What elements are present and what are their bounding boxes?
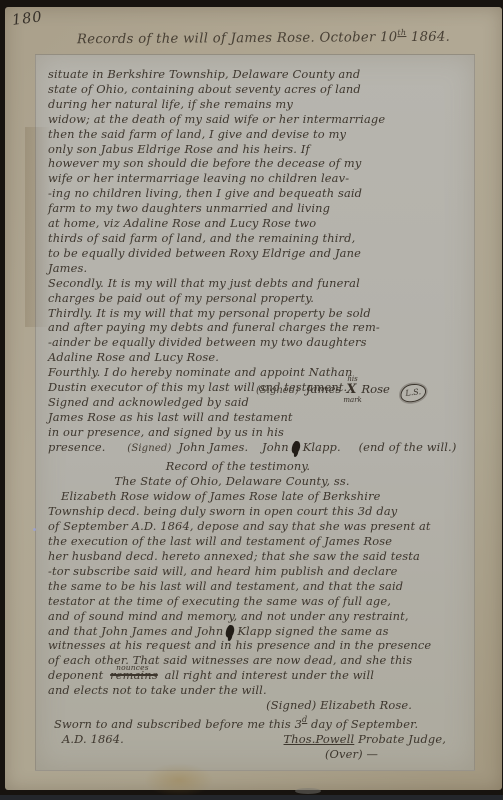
record-book-paper: 180 Records of the will of James Rose. O… — [5, 7, 502, 790]
ink-blot-mark — [291, 440, 301, 454]
handwritten-line: farm to my two daughters unmarried and l… — [48, 201, 464, 216]
handwritten-line: state of Ohio, containing about seventy … — [48, 82, 464, 97]
handwritten-line: Fourthly. I do hereby nominate and appoi… — [48, 365, 464, 380]
scanned-page: 180 Records of the will of James Rose. O… — [0, 0, 503, 800]
title-text: Records of the will of James Rose. Octob… — [77, 30, 398, 47]
judge-signature: Thos.Powell Probate Judge, — [284, 732, 446, 747]
mark-line-pre: and that John James and John — [48, 624, 223, 638]
attestation-block: (Signed)JameshisXmarkRoseL.S. Signed and… — [48, 395, 464, 457]
judge-row: A.D. 1864. Thos.Powell Probate Judge, — [48, 732, 464, 747]
handwritten-line: at home, viz Adaline Rose and Lucy Rose … — [48, 216, 464, 231]
handwritten-line: and of sound mind and memory, and not un… — [48, 609, 464, 624]
handwritten-line: -ainder be equally divided between my tw… — [48, 335, 464, 350]
scan-edge — [0, 795, 503, 800]
state-caption-line: The State of Ohio, Delaware County, ss. — [48, 474, 416, 489]
witness-two-first: John — [262, 440, 289, 454]
blue-speck — [33, 528, 36, 531]
his-label: his — [347, 375, 357, 383]
handwritten-line: the execution of the last will and testa… — [48, 534, 464, 549]
testator-first-name: James — [306, 382, 341, 396]
handwritten-line: James. — [48, 261, 464, 276]
judge-name: Thos.Powell — [284, 732, 355, 746]
attestation-line: James Rose as his last will and testamen… — [48, 410, 464, 425]
handwritten-line: however my son should die before the dec… — [48, 156, 464, 171]
handwritten-line: -tor subscribe said will, and heard him … — [48, 564, 464, 579]
over-note: (Over) — — [48, 747, 464, 762]
sworn-post: day of September. — [307, 717, 418, 731]
handwritten-line: and after paying my debts and funeral ch… — [48, 320, 464, 335]
handwritten-line: to be equally divided between Roxy Eldri… — [48, 246, 464, 261]
sworn-line: Sworn to and subscribed before me this 3… — [48, 713, 464, 732]
handwritten-line: thirds of said farm of land, and the rem… — [48, 231, 464, 246]
testator-last-name: Rose — [361, 382, 390, 396]
handwritten-line: Thirdly. It is my will that my personal … — [48, 306, 464, 321]
signed-label: (Signed) — [256, 385, 299, 396]
signed-label: (Signed) — [127, 443, 171, 454]
handwritten-line: her husband decd. hereto annexed; that s… — [48, 549, 464, 564]
correction-pre: deponent — [48, 668, 103, 682]
interlined-correction: nounces — [116, 661, 149, 676]
handwritten-line: witnesses at his request and in his pres… — [48, 638, 464, 653]
title-year: 1864. — [406, 30, 450, 45]
handwritten-line: Secondly. It is my will that my just deb… — [48, 276, 464, 291]
handwritten-line: during her natural life, if she remains … — [48, 97, 464, 112]
x-mark: X — [346, 382, 356, 397]
end-of-will-note: (end of the will.) — [359, 440, 457, 454]
witness-signature-line: presence. (Signed)John James. JohnKlapp.… — [48, 440, 464, 457]
struck-word: remainsnounces — [110, 668, 158, 682]
elizabeth-signature-line: (Signed) Elizabeth Rose. — [48, 698, 464, 713]
sworn-pre: Sworn to and subscribed before me this 3 — [54, 717, 302, 731]
handwritten-line: wife or her intermarriage leaving no chi… — [48, 171, 464, 186]
handwritten-line: testator at the time of executing the sa… — [48, 594, 464, 609]
mark-line-post: Klapp signed the same as — [237, 624, 388, 638]
attestation-line: in our presence, and signed by us in his — [48, 425, 464, 440]
record-sheet: situate in Berkshire Township, Delaware … — [35, 54, 475, 771]
correction-post: all right and interest under the will — [165, 668, 374, 682]
testimony-body: Elizabeth Rose widow of James Rose late … — [48, 489, 464, 623]
handwritten-line: of each other. That said witnesses are n… — [48, 653, 464, 668]
handwritten-line: widow; at the death of my said wife or h… — [48, 112, 464, 127]
handwritten-line: Elizabeth Rose widow of James Rose late … — [48, 489, 464, 504]
witness-two-last: Klapp. — [303, 440, 341, 454]
edge-smudge — [295, 788, 321, 794]
handwritten-line: then the said farm of land, I give and d… — [48, 127, 464, 142]
handwritten-line: and elects not to take under the will. — [48, 683, 464, 698]
will-body: situate in Berkshire Township, Delaware … — [48, 67, 464, 395]
page-number: 180 — [11, 9, 43, 29]
judge-title: Probate Judge, — [358, 732, 446, 746]
handwritten-line: charges be paid out of my personal prope… — [48, 291, 464, 306]
handwritten-line: of September A.D. 1864, depose and say t… — [48, 519, 464, 534]
handwritten-line: situate in Berkshire Township, Delaware … — [48, 67, 464, 82]
handwritten-line: Adaline Rose and Lucy Rose. — [48, 350, 464, 365]
date-line: A.D. 1864. — [62, 732, 124, 747]
correction-line: deponent remainsnounces all right and in… — [48, 668, 464, 683]
his-mark: hisXmark — [343, 382, 359, 397]
witness-one: John James. — [179, 440, 249, 454]
testimony-heading: Record of the testimony. — [48, 459, 428, 474]
testimony-mark-line: and that John James and JohnKlapp signed… — [48, 624, 464, 639]
testator-signature: (Signed)JameshisXmarkRoseL.S. — [256, 382, 426, 400]
handwritten-line: the same to be his last will and testame… — [48, 579, 464, 594]
mark-label: mark — [343, 396, 361, 404]
attestation-line-end: presence. — [48, 440, 106, 454]
handwritten-line: only son Jabus Eldrige Rose and his heir… — [48, 142, 464, 157]
handwritten-line: Township decd. being duly sworn in open … — [48, 504, 464, 519]
handwritten-line: -ing no children living, then I give and… — [48, 186, 464, 201]
paper-stain — [144, 763, 214, 797]
page-title: Records of the will of James Rose. Octob… — [77, 28, 450, 48]
ink-blot-mark — [225, 624, 235, 638]
